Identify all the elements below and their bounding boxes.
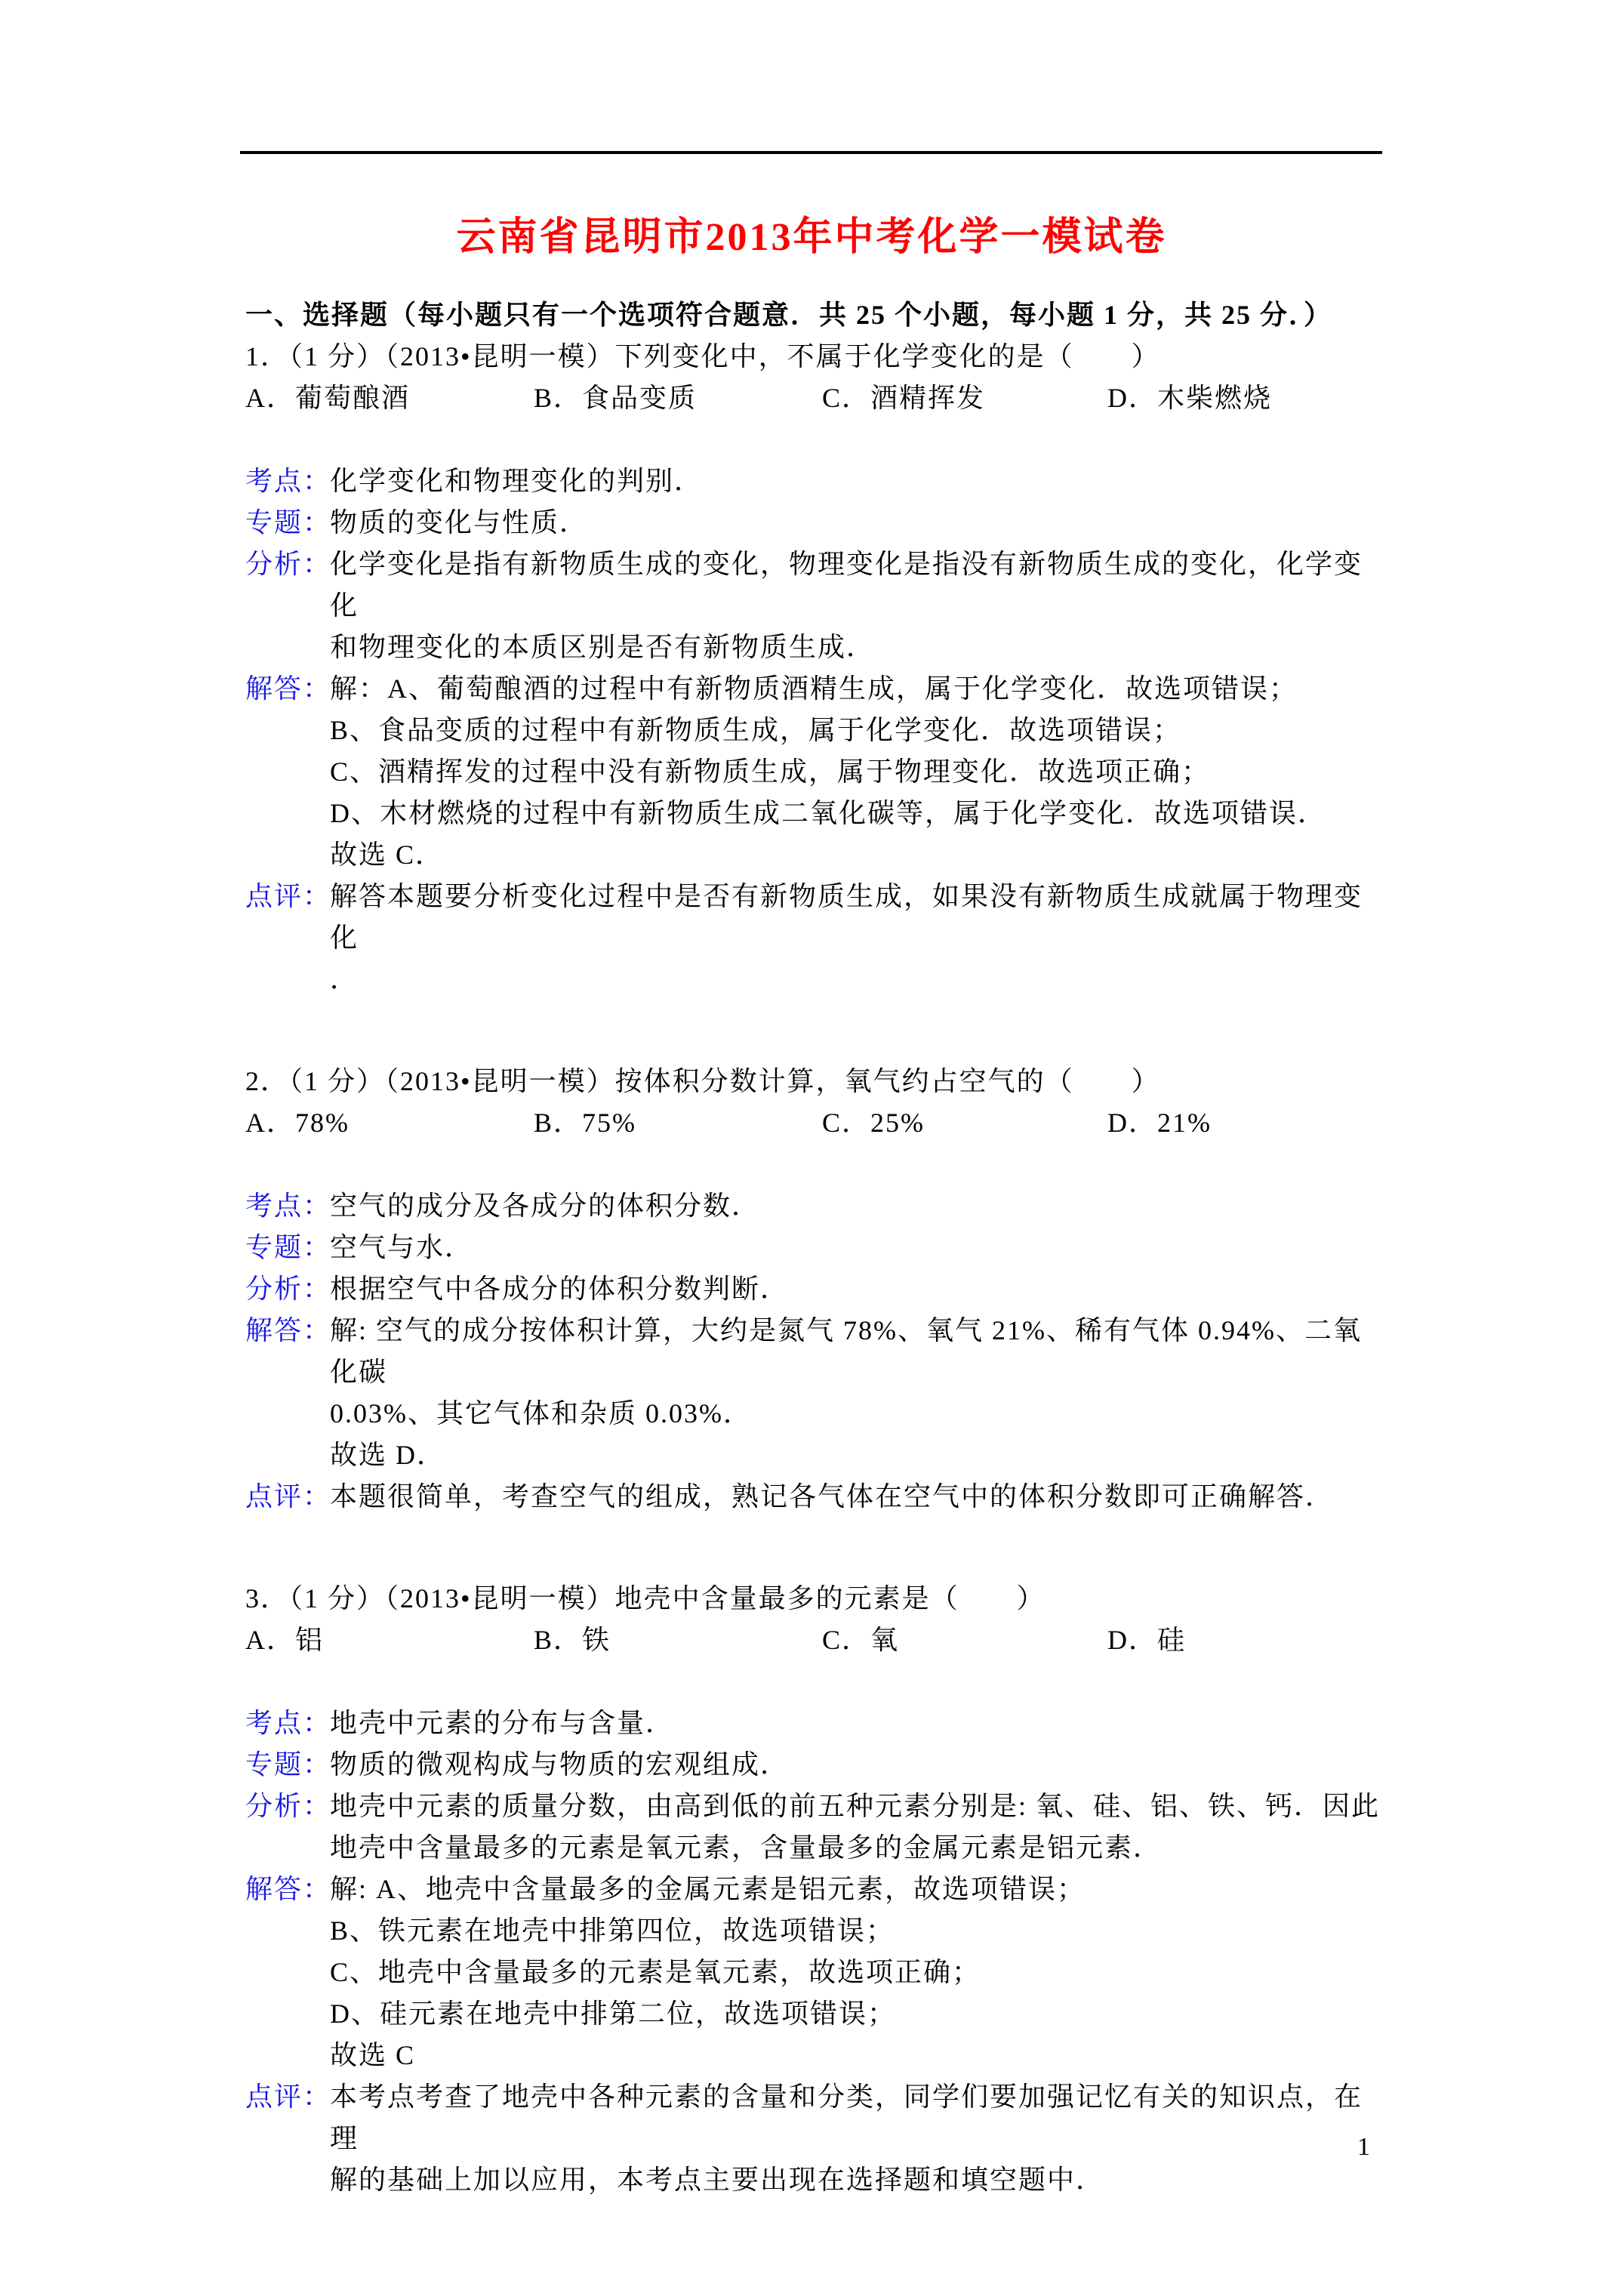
q3-jieda-line-2: B、铁元素在地壳中排第四位，故选项错误； (245, 1910, 1382, 1952)
section-title: 一、选择题（每小题只有一个选项符合题意．共 25 个小题，每小题 1 分，共 2… (245, 294, 1382, 336)
q3-dianping-row: 点评：本考点考查了地壳中各种元素的含量和分类，同学们要加强记忆有关的知识点，在理 (245, 2076, 1382, 2159)
q3-jieda-line-3: C、地壳中含量最多的元素是氧元素，故选项正确； (245, 1952, 1382, 1993)
q1-jieda-row: 解答：解：A、葡萄酿酒的过程中有新物质酒精生成，属于化学变化．故选项错误； (245, 668, 1382, 710)
question-2-option-d: D．21% (1107, 1102, 1382, 1144)
q1-zhuanti-text: 物质的变化与性质． (330, 507, 588, 538)
q3-zhuanti-row: 专题：物质的微观构成与物质的宏观组成． (245, 1744, 1382, 1786)
q3-zhuanti-label: 专题： (245, 1744, 330, 1786)
q3-dianping-label: 点评： (245, 2076, 330, 2118)
q1-fenxi-row: 分析：化学变化是指有新物质生成的变化，物理变化是指没有新物质生成的变化，化学变化 (245, 544, 1382, 627)
q1-fenxi-line-2: 和物理变化的本质区别是否有新物质生成． (245, 627, 1382, 668)
q3-fenxi-row: 分析：地壳中元素的质量分数，由高到低的前五种元素分别是: 氧、硅、铝、铁、钙．因… (245, 1786, 1382, 1827)
question-3-option-b: B．铁 (534, 1620, 822, 1661)
question-2-option-c: C．25% (822, 1102, 1107, 1144)
question-3-option-c: C．氧 (822, 1620, 1107, 1661)
question-1: 1．（1 分）（2013•昆明一模）下列变化中，不属于化学变化的是（ ） A．葡… (245, 336, 1382, 1000)
q3-jieda-label: 解答： (245, 1869, 330, 1910)
question-3-option-a: A．铝 (245, 1620, 534, 1661)
q2-dianping-line-1: 本题很简单，考查空气的组成，熟记各气体在空气中的体积分数即可正确解答． (330, 1481, 1334, 1512)
question-1-stem: 1．（1 分）（2013•昆明一模）下列变化中，不属于化学变化的是（ ） (245, 336, 1382, 378)
q1-jieda-line-3: C、酒精挥发的过程中没有新物质生成，属于物理变化．故选项正确； (245, 751, 1382, 793)
q3-fenxi-label: 分析： (245, 1786, 330, 1827)
q2-kaodian-row: 考点：空气的成分及各成分的体积分数． (245, 1185, 1382, 1227)
page-number: 1 (1357, 2126, 1387, 2168)
q1-fenxi-label: 分析： (245, 544, 330, 585)
question-1-option-d: D．木柴燃烧 (1107, 378, 1382, 419)
question-2-explanation: 考点：空气的成分及各成分的体积分数． 专题：空气与水． 分析：根据空气中各成分的… (245, 1185, 1382, 1518)
q2-kaodian-text: 空气的成分及各成分的体积分数． (330, 1191, 760, 1221)
q2-jieda-label: 解答： (245, 1310, 330, 1351)
q1-dianping-line-2: ． (245, 959, 1382, 1000)
q3-jieda-line-1: 解: A、地壳中含量最多的金属元素是铝元素，故选项错误； (330, 1874, 1086, 1904)
q1-zhuanti-label: 专题： (245, 502, 330, 544)
question-3-options: A．铝 B．铁 C．氧 D．硅 (245, 1620, 1382, 1661)
question-3-stem: 3．（1 分）（2013•昆明一模）地壳中含量最多的元素是（ ） (245, 1578, 1382, 1620)
q2-fenxi-row: 分析：根据空气中各成分的体积分数判断． (245, 1268, 1382, 1310)
q1-kaodian-row: 考点：化学变化和物理变化的判别． (245, 461, 1382, 502)
q2-kaodian-label: 考点： (245, 1185, 330, 1227)
q1-zhuanti-row: 专题：物质的变化与性质． (245, 502, 1382, 544)
q3-jieda-row: 解答：解: A、地壳中含量最多的金属元素是铝元素，故选项错误； (245, 1869, 1382, 1910)
question-2-options: A．78% B．75% C．25% D．21% (245, 1102, 1382, 1144)
q2-jieda-row: 解答：解: 空气的成分按体积计算，大约是氮气 78%、氧气 21%、稀有气体 0… (245, 1310, 1382, 1393)
q2-jieda-line-2: 0.03%、其它气体和杂质 0.03%． (245, 1393, 1382, 1435)
q1-fenxi-line-1: 化学变化是指有新物质生成的变化，物理变化是指没有新物质生成的变化，化学变化 (330, 549, 1363, 621)
question-1-option-a: A．葡萄酿酒 (245, 378, 534, 419)
q2-zhuanti-label: 专题： (245, 1227, 330, 1268)
question-3: 3．（1 分）（2013•昆明一模）地壳中含量最多的元素是（ ） A．铝 B．铁… (245, 1578, 1382, 2201)
q1-jieda-line-2: B、食品变质的过程中有新物质生成，属于化学变化．故选项错误； (245, 710, 1382, 751)
q2-dianping-row: 点评：本题很简单，考查空气的组成，熟记各气体在空气中的体积分数即可正确解答． (245, 1476, 1382, 1518)
question-2-stem: 2．（1 分）（2013•昆明一模）按体积分数计算，氧气约占空气的（ ） (245, 1061, 1382, 1102)
question-1-option-c: C．酒精挥发 (822, 378, 1107, 419)
q3-dianping-line-2: 解的基础上加以应用，本考点主要出现在选择题和填空题中． (245, 2159, 1382, 2201)
q2-jieda-line-3: 故选 D． (245, 1435, 1382, 1476)
q1-jieda-line-1: 解：A、葡萄酿酒的过程中有新物质酒精生成，属于化学变化．故选项错误； (330, 673, 1298, 704)
q3-zhuanti-text: 物质的微观构成与物质的宏观组成． (330, 1749, 789, 1780)
q2-zhuanti-row: 专题：空气与水． (245, 1227, 1382, 1268)
q1-dianping-label: 点评： (245, 876, 330, 917)
q3-jieda-line-5: 故选 C (245, 2035, 1382, 2076)
q1-kaodian-text: 化学变化和物理变化的判别． (330, 466, 703, 496)
exam-paper-page: 云南省昆明市2013年中考化学一模试卷 一、选择题（每小题只有一个选项符合题意．… (0, 0, 1623, 2296)
q2-fenxi-label: 分析： (245, 1268, 330, 1310)
question-2-option-a: A．78% (245, 1102, 534, 1144)
q1-dianping-line-1: 解答本题要分析变化过程中是否有新物质生成，如果没有新物质生成就属于物理变化 (330, 881, 1363, 953)
question-1-options: A．葡萄酿酒 B．食品变质 C．酒精挥发 D．木柴燃烧 (245, 378, 1382, 419)
q1-jieda-label: 解答： (245, 668, 330, 710)
question-1-explanation: 考点：化学变化和物理变化的判别． 专题：物质的变化与性质． 分析：化学变化是指有… (245, 461, 1382, 1000)
q3-jieda-line-4: D、硅元素在地壳中排第二位，故选项错误； (245, 1993, 1382, 2035)
q1-kaodian-label: 考点： (245, 461, 330, 502)
q3-kaodian-row: 考点：地壳中元素的分布与含量． (245, 1703, 1382, 1744)
q3-kaodian-text: 地壳中元素的分布与含量． (330, 1708, 674, 1738)
q1-dianping-row: 点评：解答本题要分析变化过程中是否有新物质生成，如果没有新物质生成就属于物理变化 (245, 876, 1382, 959)
page-content: 一、选择题（每小题只有一个选项符合题意．共 25 个小题，每小题 1 分，共 2… (245, 294, 1382, 2201)
q3-kaodian-label: 考点： (245, 1703, 330, 1744)
q3-fenxi-line-1: 地壳中元素的质量分数，由高到低的前五种元素分别是: 氧、硅、铝、铁、钙．因此 (330, 1791, 1380, 1821)
q2-dianping-label: 点评： (245, 1476, 330, 1518)
q3-fenxi-line-2: 地壳中含量最多的元素是氧元素，含量最多的金属元素是铝元素． (245, 1827, 1382, 1869)
question-3-option-d: D．硅 (1107, 1620, 1382, 1661)
q3-dianping-line-1: 本考点考查了地壳中各种元素的含量和分类，同学们要加强记忆有关的知识点，在理 (330, 2082, 1363, 2153)
q1-jieda-line-5: 故选 C． (245, 834, 1382, 876)
q2-fenxi-line-1: 根据空气中各成分的体积分数判断． (330, 1274, 789, 1304)
q1-jieda-line-4: D、木材燃烧的过程中有新物质生成二氧化碳等，属于化学变化．故选项错误． (245, 793, 1382, 834)
q2-zhuanti-text: 空气与水． (330, 1232, 473, 1262)
question-2: 2．（1 分）（2013•昆明一模）按体积分数计算，氧气约占空气的（ ） A．7… (245, 1061, 1382, 1518)
question-3-explanation: 考点：地壳中元素的分布与含量． 专题：物质的微观构成与物质的宏观组成． 分析：地… (245, 1703, 1382, 2201)
q2-jieda-line-1: 解: 空气的成分按体积计算，大约是氮气 78%、氧气 21%、稀有气体 0.94… (330, 1315, 1362, 1387)
question-2-option-b: B．75% (534, 1102, 822, 1144)
question-1-option-b: B．食品变质 (534, 378, 822, 419)
header-rule (240, 151, 1382, 154)
page-title: 云南省昆明市2013年中考化学一模试卷 (0, 211, 1623, 264)
